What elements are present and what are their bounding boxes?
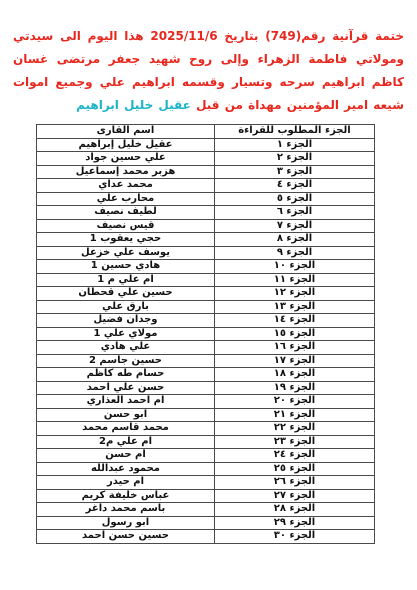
juz-cell: الجزء ١٠ [215, 260, 375, 274]
juz-cell: الجزء ٥ [215, 192, 375, 206]
table-row: الجزء ٢٥محمود عبدالله [37, 462, 375, 476]
reader-name-cell: وجدان فضيل [37, 314, 215, 328]
reader-name-cell: بارق علي [37, 300, 215, 314]
juz-cell: الجزء ٢٢ [215, 422, 375, 436]
juz-cell: الجزء ١٩ [215, 381, 375, 395]
table-row: الجزء ١٢حسين علي قحطان [37, 287, 375, 301]
table-row: الجزء ٢٨باسم محمد داغر [37, 503, 375, 517]
juz-cell: الجزء ١٨ [215, 368, 375, 382]
reader-name-cell: عباس خليفة كريم [37, 489, 215, 503]
reader-name-cell: محمود عبدالله [37, 462, 215, 476]
juz-cell: الجزء ٣٠ [215, 530, 375, 544]
table-row: الجزء ٢١ابو حسن [37, 408, 375, 422]
reader-name-cell: محارب علي [37, 192, 215, 206]
reader-name-cell: ام احمد العذاري [37, 395, 215, 409]
juz-cell: الجزء ١٢ [215, 287, 375, 301]
reading-table-body: الجزء ١عقيل خليل إبراهيمالجزء ٢علي حسين … [37, 138, 375, 543]
juz-cell: الجزء ٤ [215, 179, 375, 193]
reader-name-cell: محمد قاسم محمد [37, 422, 215, 436]
table-row: الجزء ٢٩ابو رسول [37, 516, 375, 530]
reading-schedule-table: الجزء المطلوب للقراءة اسم القارى الجزء ١… [36, 124, 375, 544]
table-row: الجزء ٥محارب علي [37, 192, 375, 206]
reader-name-cell: حسين حسن احمد [37, 530, 215, 544]
juz-cell: الجزء ٢٨ [215, 503, 375, 517]
table-row: الجزء ١٩حسن علي احمد [37, 381, 375, 395]
reader-column-header: اسم القارى [37, 125, 215, 139]
juz-cell: الجزء ٢٧ [215, 489, 375, 503]
juz-cell: الجزء ١١ [215, 273, 375, 287]
reader-name-cell: باسم محمد داغر [37, 503, 215, 517]
reader-name-cell: حسين علي قحطان [37, 287, 215, 301]
juz-column-header: الجزء المطلوب للقراءة [215, 125, 375, 139]
table-row: الجزء ٢٤ام حسن [37, 449, 375, 463]
table-row: الجزء ١٠هادي حسين 1 [37, 260, 375, 274]
reader-name-cell: ابو حسن [37, 408, 215, 422]
table-row: الجزء ١٨حسام طه كاظم [37, 368, 375, 382]
table-row: الجزء ٢٠ام احمد العذاري [37, 395, 375, 409]
juz-cell: الجزء ٢٣ [215, 435, 375, 449]
table-row: الجزء ١عقيل خليل إبراهيم [37, 138, 375, 152]
table-row: الجزء ١١ام علي م 1 [37, 273, 375, 287]
table-row: الجزء ٢٧عباس خليفة كريم [37, 489, 375, 503]
reader-name-cell: هادي حسين 1 [37, 260, 215, 274]
juz-cell: الجزء ٨ [215, 233, 375, 247]
reader-name-cell: عقيل خليل إبراهيم [37, 138, 215, 152]
table-header-row: الجزء المطلوب للقراءة اسم القارى [37, 125, 375, 139]
juz-cell: الجزء ٧ [215, 219, 375, 233]
reader-name-cell: ام علي م2 [37, 435, 215, 449]
table-row: الجزء ١٦علي هادي [37, 341, 375, 355]
juz-cell: الجزء ٢٦ [215, 476, 375, 490]
juz-cell: الجزء ٢ [215, 152, 375, 166]
reader-name-cell: ام حسن [37, 449, 215, 463]
reader-name-cell: قيس نصيف [37, 219, 215, 233]
reader-name-cell: حسين جاسم 2 [37, 354, 215, 368]
juz-cell: الجزء ١٧ [215, 354, 375, 368]
juz-cell: الجزء ٢٤ [215, 449, 375, 463]
table-row: الجزء ٤محمد عداي [37, 179, 375, 193]
juz-cell: الجزء ١٦ [215, 341, 375, 355]
juz-cell: الجزء ٩ [215, 246, 375, 260]
reader-name-cell: لطيف نصيف [37, 206, 215, 220]
table-row: الجزء ١٥مولاي علي 1 [37, 327, 375, 341]
juz-cell: الجزء ٢٠ [215, 395, 375, 409]
table-row: الجزء ٢٦ام حيدر [37, 476, 375, 490]
dedication-text: ختمة قرآنية رقم(749) بتاريخ 2025/11/6 هذ… [13, 29, 404, 112]
juz-cell: الجزء ٢٥ [215, 462, 375, 476]
table-row: الجزء ١٤وجدان فضيل [37, 314, 375, 328]
reader-name-cell: علي هادي [37, 341, 215, 355]
dedicator-name: عقيل خليل ابراهيم [76, 98, 191, 112]
table-row: الجزء ١٣بارق علي [37, 300, 375, 314]
table-row: الجزء ٨حجي يعقوب 1 [37, 233, 375, 247]
juz-cell: الجزء ١٤ [215, 314, 375, 328]
reader-name-cell: يوسف علي خزعل [37, 246, 215, 260]
table-row: الجزء ١٧حسين جاسم 2 [37, 354, 375, 368]
table-row: الجزء ٢٢محمد قاسم محمد [37, 422, 375, 436]
reader-name-cell: ام علي م 1 [37, 273, 215, 287]
document-page: ختمة قرآنية رقم(749) بتاريخ 2025/11/6 هذ… [0, 0, 417, 590]
table-row: الجزء ٧قيس نصيف [37, 219, 375, 233]
table-row: الجزء ٣٠حسين حسن احمد [37, 530, 375, 544]
juz-cell: الجزء ١ [215, 138, 375, 152]
table-row: الجزء ٢٣ام علي م2 [37, 435, 375, 449]
juz-cell: الجزء ٣ [215, 165, 375, 179]
reader-name-cell: علي حسين جواد [37, 152, 215, 166]
reader-name-cell: هزبر محمد إسماعيل [37, 165, 215, 179]
reader-name-cell: حسام طه كاظم [37, 368, 215, 382]
table-row: الجزء ٢علي حسين جواد [37, 152, 375, 166]
table-row: الجزء ٣هزبر محمد إسماعيل [37, 165, 375, 179]
juz-cell: الجزء ٦ [215, 206, 375, 220]
dedication-paragraph: ختمة قرآنية رقم(749) بتاريخ 2025/11/6 هذ… [0, 0, 417, 117]
table-row: الجزء ٩يوسف علي خزعل [37, 246, 375, 260]
juz-cell: الجزء ٢١ [215, 408, 375, 422]
reader-name-cell: محمد عداي [37, 179, 215, 193]
reader-name-cell: مولاي علي 1 [37, 327, 215, 341]
table-row: الجزء ٦لطيف نصيف [37, 206, 375, 220]
juz-cell: الجزء ٢٩ [215, 516, 375, 530]
reader-name-cell: ابو رسول [37, 516, 215, 530]
reader-name-cell: حسن علي احمد [37, 381, 215, 395]
juz-cell: الجزء ١٥ [215, 327, 375, 341]
juz-cell: الجزء ١٣ [215, 300, 375, 314]
reader-name-cell: ام حيدر [37, 476, 215, 490]
reader-name-cell: حجي يعقوب 1 [37, 233, 215, 247]
